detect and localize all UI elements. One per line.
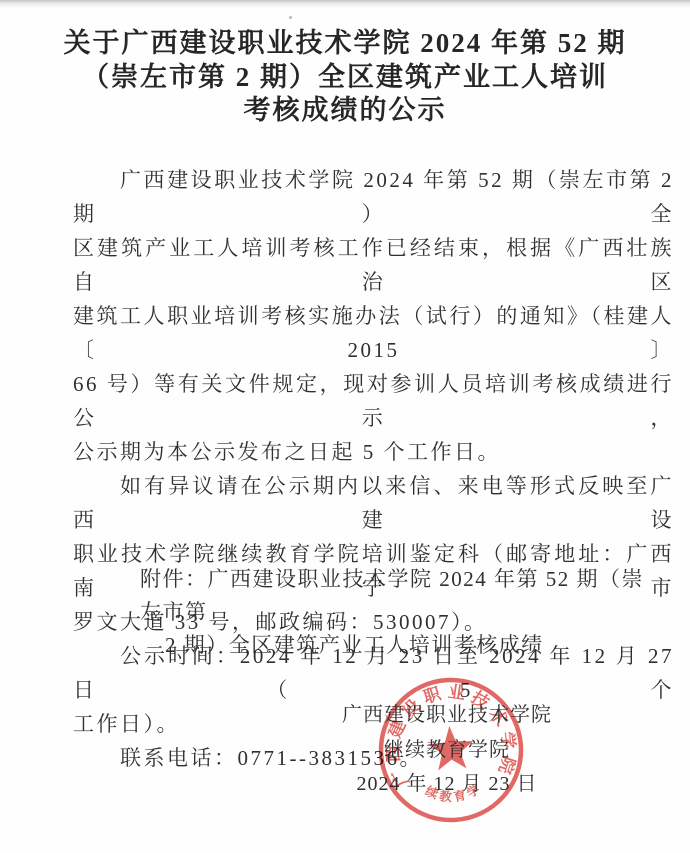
attachment-note: 附件：广西建设职业技术学院 2024 年第 52 期（崇左市第 2 期）全区建筑… (140, 563, 660, 662)
body-line: 公示期为本公示发布之日起 5 个工作日。 (73, 435, 674, 469)
title-line-3: 考核成绩的公示 (0, 94, 690, 128)
body-line: 广西建设职业技术学院 2024 年第 52 期（崇左市第 2 期）全 (73, 163, 674, 231)
document-title: 关于广西建设职业技术学院 2024 年第 52 期 （崇左市第 2 期）全区建筑… (0, 27, 690, 128)
signature-date: 2024 年 12 月 23 日 (338, 767, 556, 802)
title-line-1: 关于广西建设职业技术学院 2024 年第 52 期 (0, 27, 690, 61)
body-line: 建筑工人职业培训考核实施办法（试行）的通知》（桂建人〔2015〕 (73, 299, 674, 367)
signature-dept-line: 继续教育学院 (338, 733, 556, 768)
body-line: 66 号）等有关文件规定，现对参训人员培训考核成绩进行公示， (73, 367, 674, 435)
body-line: 区建筑产业工人培训考核工作已经结束，根据《广西壮族自治区 (73, 231, 674, 299)
attachment-line-2: 2 期）全区建筑产业工人培训考核成绩 (140, 629, 660, 662)
attachment-line-1: 附件：广西建设职业技术学院 2024 年第 52 期（崇左市第 (140, 563, 660, 629)
scan-edge-artifact (0, 0, 690, 8)
document-page: 关于广西建设职业技术学院 2024 年第 52 期 （崇左市第 2 期）全区建筑… (0, 0, 690, 853)
body-line: 如有异议请在公示期内以来信、来电等形式反映至广西建设 (73, 469, 674, 537)
title-line-2: （崇左市第 2 期）全区建筑产业工人培训 (0, 61, 690, 95)
signature-org-line: 广西建设职业技术学院 (338, 698, 556, 733)
signature-block: 广西建设职业技术学院 继续教育学院 2024 年 12 月 23 日 (338, 698, 556, 802)
scan-speck (289, 16, 292, 19)
